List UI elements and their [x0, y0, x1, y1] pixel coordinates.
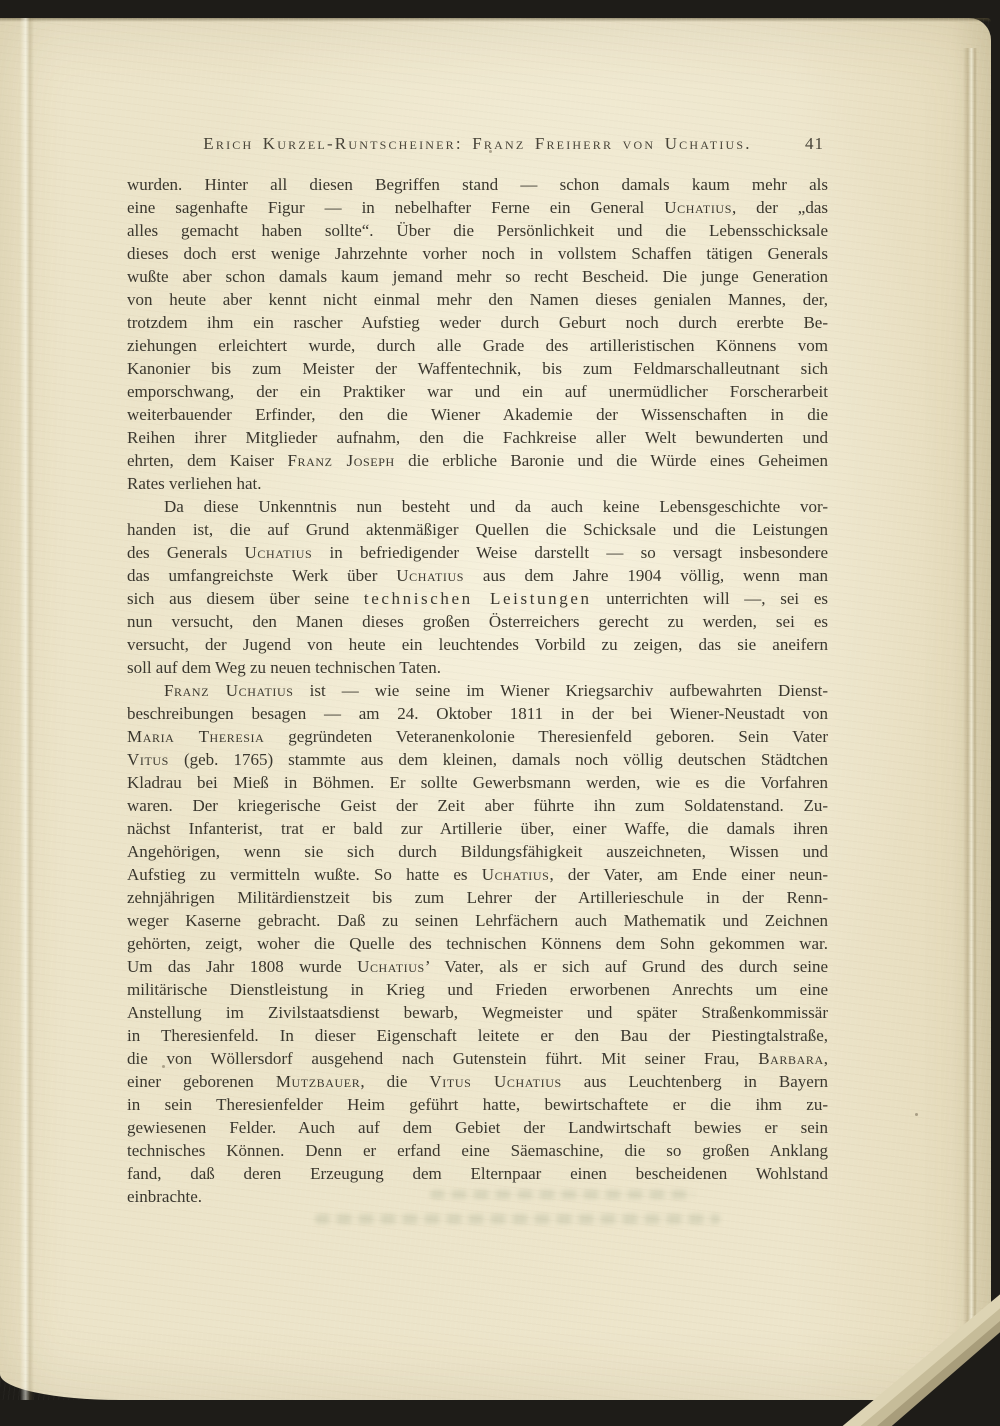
text-line: fand, daß deren Erzeugung dem Elternpaar… [127, 1162, 828, 1185]
running-header: Erich Kurzel-Runtscheiner: Franz Freiher… [127, 134, 828, 158]
text-line: des Generals Uchatius in befriedigender … [127, 541, 828, 564]
text-line: wurden. Hinter all diesen Begriffen stan… [127, 173, 828, 196]
text-line: Um das Jahr 1808 wurde Uchatius’ Vater, … [127, 955, 828, 978]
text-line: ziehungen erleichtert wurde, durch alle … [127, 334, 828, 357]
text-line: technisches Können. Denn er erfand eine … [127, 1139, 828, 1162]
scanned-book-photo: { "page_header": { "title": "Erich Kurze… [0, 0, 1000, 1426]
text-line: waren. Der kriegerische Geist der Zeit a… [127, 794, 828, 817]
scanner-background-corner [836, 1286, 1000, 1426]
text-line: handen ist, die auf Grund aktenmäßiger Q… [127, 518, 828, 541]
dust-speck [162, 1065, 165, 1068]
text-line: gewiesenen Felder. Auch auf dem Gebiet d… [127, 1116, 828, 1139]
text-line: militärische Dienstleistung in Krieg und… [127, 978, 828, 1001]
text-line: einbrachte. [127, 1185, 828, 1208]
text-line: alles gemacht haben sollte“. Über die Pe… [127, 219, 828, 242]
book-gutter-crease [20, 18, 34, 1400]
text-line: ehrten, dem Kaiser Franz Joseph die erbl… [127, 449, 828, 472]
text-line: soll auf dem Weg zu neuen technischen Ta… [127, 656, 828, 679]
text-line: gehörten, zeigt, woher die Quelle des te… [127, 932, 828, 955]
text-line: zehnjährigen Militärdienstzeit bis zum L… [127, 886, 828, 909]
text-line: nun versucht, den Manen dieses großen Ös… [127, 610, 828, 633]
text-line: Anstellung im Zivilstaatsdienst bewarb, … [127, 1001, 828, 1024]
text-line: sich aus diesem über seine technischen L… [127, 587, 828, 610]
text-line: von heute aber kennt nicht einmal mehr d… [127, 288, 828, 311]
text-line: Rates verliehen hat. [127, 472, 828, 495]
text-line: Kanonier bis zum Meister der Waffentechn… [127, 357, 828, 380]
dust-speck [915, 1113, 918, 1116]
text-line: weiterbauender Erfinder, den die Wiener … [127, 403, 828, 426]
text-line: versucht, der Jugend von heute ein leuch… [127, 633, 828, 656]
text-line: nächst Infanterist, trat er bald zur Art… [127, 817, 828, 840]
text-line: dieses doch erst wenige Jahrzehnte vorhe… [127, 242, 828, 265]
text-line: eine sagenhafte Figur — in nebelhafter F… [127, 196, 828, 219]
running-header-title: Erich Kurzel-Runtscheiner: Franz Freiher… [127, 134, 828, 154]
text-line: in Theresienfeld. In dieser Eigenschaft … [127, 1024, 828, 1047]
text-line: einer geborenen Mutzbauer, die Vitus Uch… [127, 1070, 828, 1093]
text-line: Vitus (geb. 1765) stammte aus dem kleine… [127, 748, 828, 771]
text-line: weger Kaserne gebracht. Daß zu seinen Le… [127, 909, 828, 932]
text-line: Franz Uchatius ist — wie seine im Wiener… [127, 679, 828, 702]
page-edge-shading [963, 48, 977, 1340]
text-line: trotzdem ihm ein rascher Aufstieg weder … [127, 311, 828, 334]
text-line: beschreibungen besagen — am 24. Oktober … [127, 702, 828, 725]
text-line: Aufstieg zu vermitteln wußte. So hatte e… [127, 863, 828, 886]
text-line: in sein Theresienfelder Heim geführt hat… [127, 1093, 828, 1116]
page-corner-stack [836, 1286, 1000, 1426]
text-line: das umfangreichste Werk über Uchatius au… [127, 564, 828, 587]
text-line: Da diese Unkenntnis nun besteht und da a… [127, 495, 828, 518]
text-line: emporschwang, der ein Praktiker war und … [127, 380, 828, 403]
text-line: wußte aber schon damals kaum jemand mehr… [127, 265, 828, 288]
text-line: Maria Theresia gegründeten Veteranenkolo… [127, 725, 828, 748]
page-number: 41 [805, 134, 824, 154]
text-line: Kladrau bei Mieß in Böhmen. Er sollte Ge… [127, 771, 828, 794]
text-block: wurden. Hinter all diesen Begriffen stan… [127, 173, 828, 1208]
text-line: die von Wöllersdorf ausgehend nach Guten… [127, 1047, 828, 1070]
text-line: Reihen ihrer Mitglieder aufnahm, den die… [127, 426, 828, 449]
dust-speck [489, 150, 492, 153]
text-line: Angehörigen, wenn sie sich durch Bildung… [127, 840, 828, 863]
